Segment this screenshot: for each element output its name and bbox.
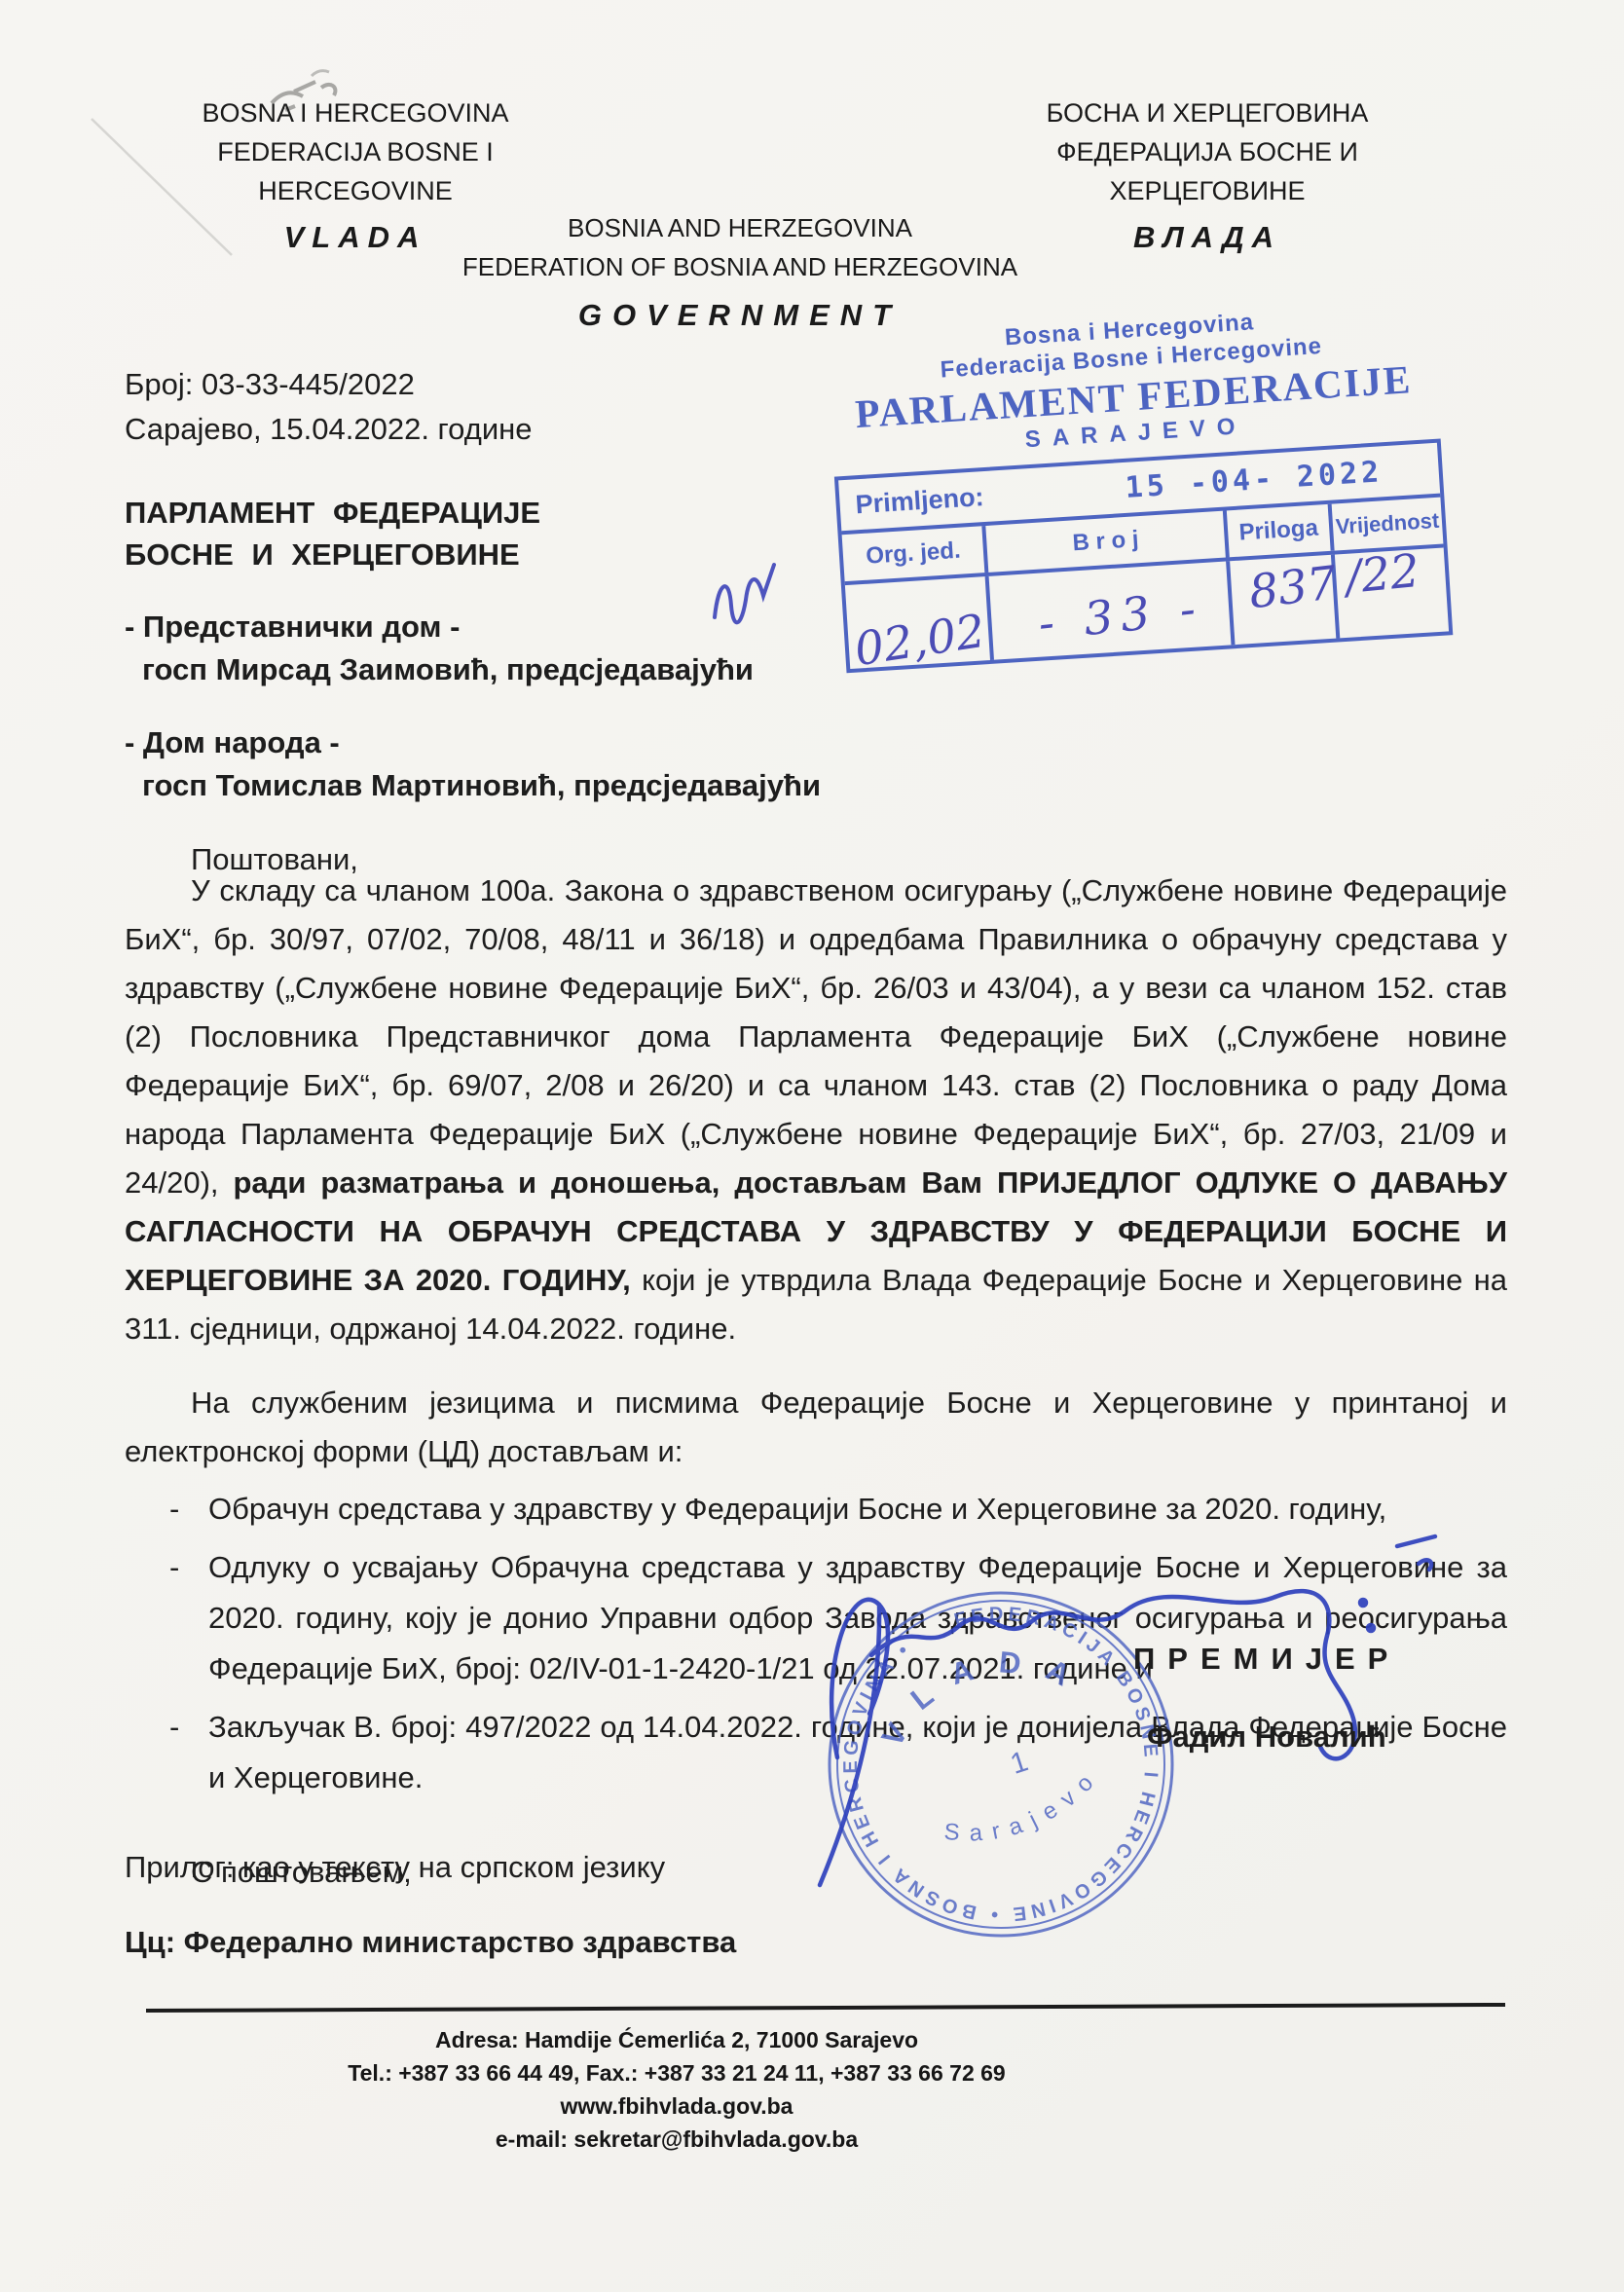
letterhead-cyrillic-country: БОСНА И ХЕРЦЕГОВИНА <box>983 93 1431 132</box>
reference-block: Број: 03-33-445/2022 Сарајево, 15.04.202… <box>125 362 533 452</box>
footer-website: www.fbihvlada.gov.ba <box>0 2089 1353 2123</box>
attachment-note: Прилог: као у тексту на српском језику <box>125 1850 665 1885</box>
addressee-house2-person: госп Томислав Мартиновић, предсједавајућ… <box>125 764 1507 807</box>
letterhead-latin-federation: FEDERACIJA BOSNE I HERCEGOVINE <box>136 132 574 210</box>
cc-text: Федерално министарство здравства <box>175 1925 736 1959</box>
premier-name: Фадил Новалић <box>1147 1719 1386 1755</box>
scanned-letter-page: { "colors": { "receipt_stamp_blue": "#3f… <box>0 0 1624 2292</box>
letterhead-cyrillic-federation: ФЕДЕРАЦИЈА БОСНЕ И ХЕРЦЕГОВИНЕ <box>983 132 1431 210</box>
handwritten-initial-mark <box>703 557 800 645</box>
footer-block: Adresa: Hamdije Ćemerlića 2, 71000 Saraj… <box>0 2023 1353 2156</box>
addressee-house1-title: - Представнички дом - <box>125 606 1507 648</box>
footer-phones: Tel.: +387 33 66 44 49, Fax.: +387 33 21… <box>0 2056 1353 2089</box>
paragraph1-normal-segment1: У складу са чланом 100а. Закона о здравс… <box>125 873 1507 1200</box>
paragraph-legal-basis: У складу са чланом 100а. Закона о здравс… <box>125 867 1507 1353</box>
addressee-house1-person: госп Мирсад Заимовић, предсједавајући <box>125 648 1507 691</box>
footer-address: Adresa: Hamdije Ćemerlića 2, 71000 Saraj… <box>0 2023 1353 2056</box>
addressee-org-line2: БОСНЕ И ХЕРЦЕГОВИНЕ <box>125 534 1507 575</box>
premier-title: ПРЕМИЈЕР <box>1133 1642 1400 1677</box>
addressee-org-line1: ПАРЛАМЕНТ ФЕДЕРАЦИЈЕ <box>125 492 1507 534</box>
footer-divider <box>146 2003 1505 2013</box>
letterhead-english: BOSNIA AND HERZEGOVINA FEDERATION OF BOS… <box>419 208 1061 335</box>
reference-place-date: Сарајево, 15.04.2022. године <box>125 407 533 452</box>
addressee-block: ПАРЛАМЕНТ ФЕДЕРАЦИЈЕ БОСНЕ И ХЕРЦЕГОВИНЕ… <box>125 492 1507 877</box>
list-marker: - <box>169 1484 179 1534</box>
list-marker: - <box>169 1702 179 1753</box>
paragraph-languages: На службеним језицима и писмима Федераци… <box>125 1379 1507 1476</box>
list-marker: - <box>169 1542 179 1593</box>
reference-number: Број: 03-33-445/2022 <box>125 362 533 407</box>
attachment-text: као у тексту на српском језику <box>234 1850 665 1884</box>
letterhead-english-federation: FEDERATION OF BOSNIA AND HERZEGOVINA <box>419 247 1061 286</box>
premier-signature <box>682 1499 1460 1908</box>
letterhead-latin-country: BOSNA I HERCEGOVINA <box>136 93 574 132</box>
cc-label: Цц: <box>125 1925 175 1959</box>
attachment-label: Прилог: <box>125 1850 234 1884</box>
addressee-house2-title: - Дом народа - <box>125 721 1507 764</box>
letterhead-english-country: BOSNIA AND HERZEGOVINA <box>419 208 1061 247</box>
cc-note: Цц: Федерално министарство здравства <box>125 1925 736 1960</box>
footer-email: e-mail: sekretar@fbihvlada.gov.ba <box>0 2123 1353 2156</box>
